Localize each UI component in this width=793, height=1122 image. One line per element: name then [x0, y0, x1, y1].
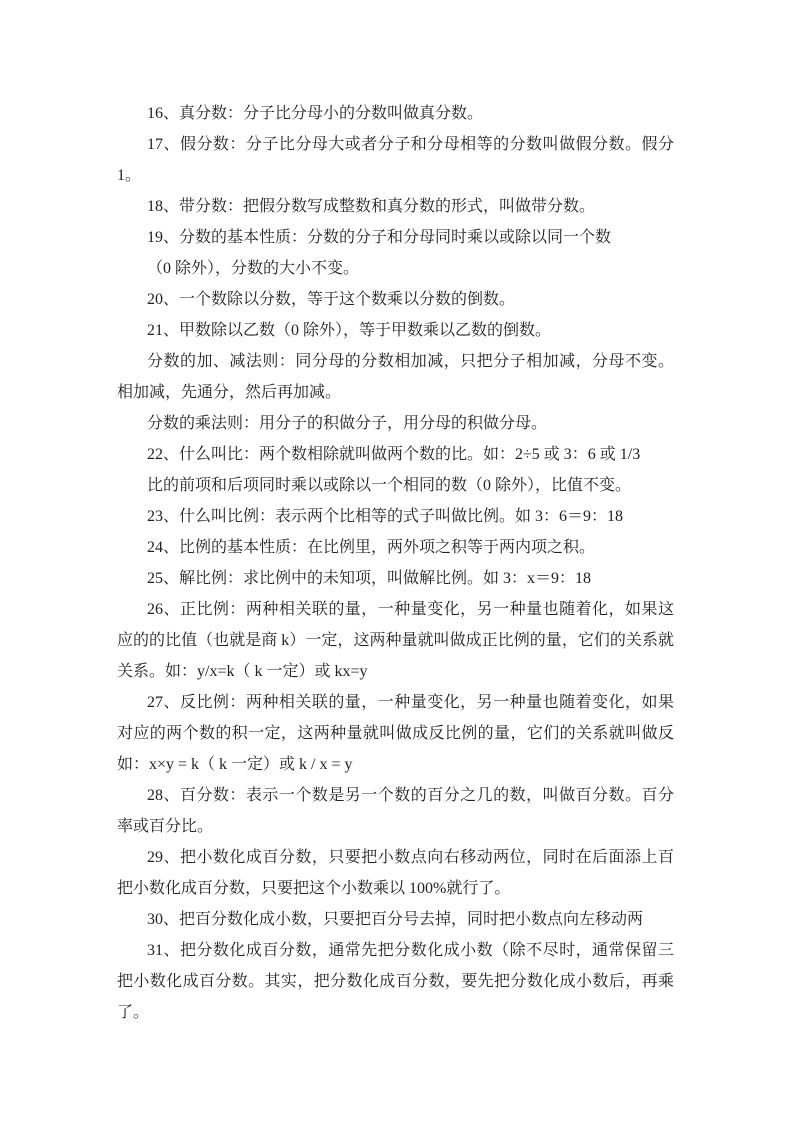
text-line: 了。: [117, 997, 674, 1028]
text-line: 30、把百分数化成小数，只要把百分号去掉，同时把小数点向左移动两位。: [117, 904, 674, 935]
text-line: 31、把分数化成百分数，通常先把分数化成小数（除不尽时，通常保留三位小数），再: [117, 935, 674, 966]
text-line: 23、什么叫比例：表示两个比相等的式子叫做比例。如 3：6＝9：18: [117, 501, 674, 532]
text-line: 22、什么叫比：两个数相除就叫做两个数的比。如：2÷5 或 3：6 或 1/3: [117, 439, 674, 470]
text-line: 1。: [117, 160, 674, 191]
text-line: 关系。如：y/x=k（ k 一定）或 kx=y: [117, 656, 674, 687]
text-line: 21、甲数除以乙数（0 除外），等于甲数乘以乙数的倒数。: [117, 315, 674, 346]
text-line: 18、带分数：把假分数写成整数和真分数的形式，叫做带分数。: [117, 191, 674, 222]
text-line: 对应的两个数的积一定，这两种量就叫做成反比例的量，它们的关系就叫做反比例关系。: [117, 718, 674, 749]
text-line: 如：x×y = k（ k 一定）或 k / x = y: [117, 749, 674, 780]
text-line: 应的的比值（也就是商 k）一定，这两种量就叫做成正比例的量，它们的关系就叫做正比…: [117, 625, 674, 656]
document-content: 16、真分数：分子比分母小的分数叫做真分数。17、假分数：分子比分母大或者分子和…: [117, 0, 674, 1028]
text-line: 29、把小数化成百分数，只要把小数点向右移动两位，同时在后面添上百分号。其实，: [117, 842, 674, 873]
text-line: 28、百分数：表示一个数是另一个数的百分之几的数，叫做百分数。百分数也叫做百分: [117, 780, 674, 811]
text-line: 分数的乘法则：用分子的积做分子，用分母的积做分母。: [117, 408, 674, 439]
text-line: 25、解比例：求比例中的未知项，叫做解比例。如 3：x＝9：18: [117, 563, 674, 594]
text-line: 27、反比例：两种相关联的量，一种量变化，另一种量也随着变化，如果这两种量中相: [117, 687, 674, 718]
text-line: 把小数化成百分数，只要把这个小数乘以 100%就行了。: [117, 873, 674, 904]
text-line: 分数的加、减法则：同分母的分数相加减，只把分子相加减，分母不变。异分母的分数: [117, 346, 674, 377]
text-line: 20、一个数除以分数，等于这个数乘以分数的倒数。: [117, 284, 674, 315]
text-line: 率或百分比。: [117, 811, 674, 842]
text-line: 把小数化成百分数。其实，把分数化成百分数，要先把分数化成小数后，再乘以 100%…: [117, 966, 674, 997]
text-line: （0 除外），分数的大小不变。: [117, 253, 674, 284]
text-line: 26、正比例：两种相关联的量，一种量变化，另一种量也随着化，如果这两种量中相对: [117, 594, 674, 625]
text-line: 相加减，先通分，然后再加减。: [117, 377, 674, 408]
text-line: 16、真分数：分子比分母小的分数叫做真分数。: [117, 98, 674, 129]
text-line: 24、比例的基本性质：在比例里，两外项之积等于两内项之积。: [117, 532, 674, 563]
text-line: 比的前项和后项同时乘以或除以一个相同的数（0 除外），比值不变。: [117, 470, 674, 501]
document-page: 16、真分数：分子比分母小的分数叫做真分数。17、假分数：分子比分母大或者分子和…: [0, 0, 793, 1122]
text-line: 17、假分数：分子比分母大或者分子和分母相等的分数叫做假分数。假分数大于或等于: [117, 129, 674, 160]
text-line: 19、分数的基本性质：分数的分子和分母同时乘以或除以同一个数: [117, 222, 674, 253]
